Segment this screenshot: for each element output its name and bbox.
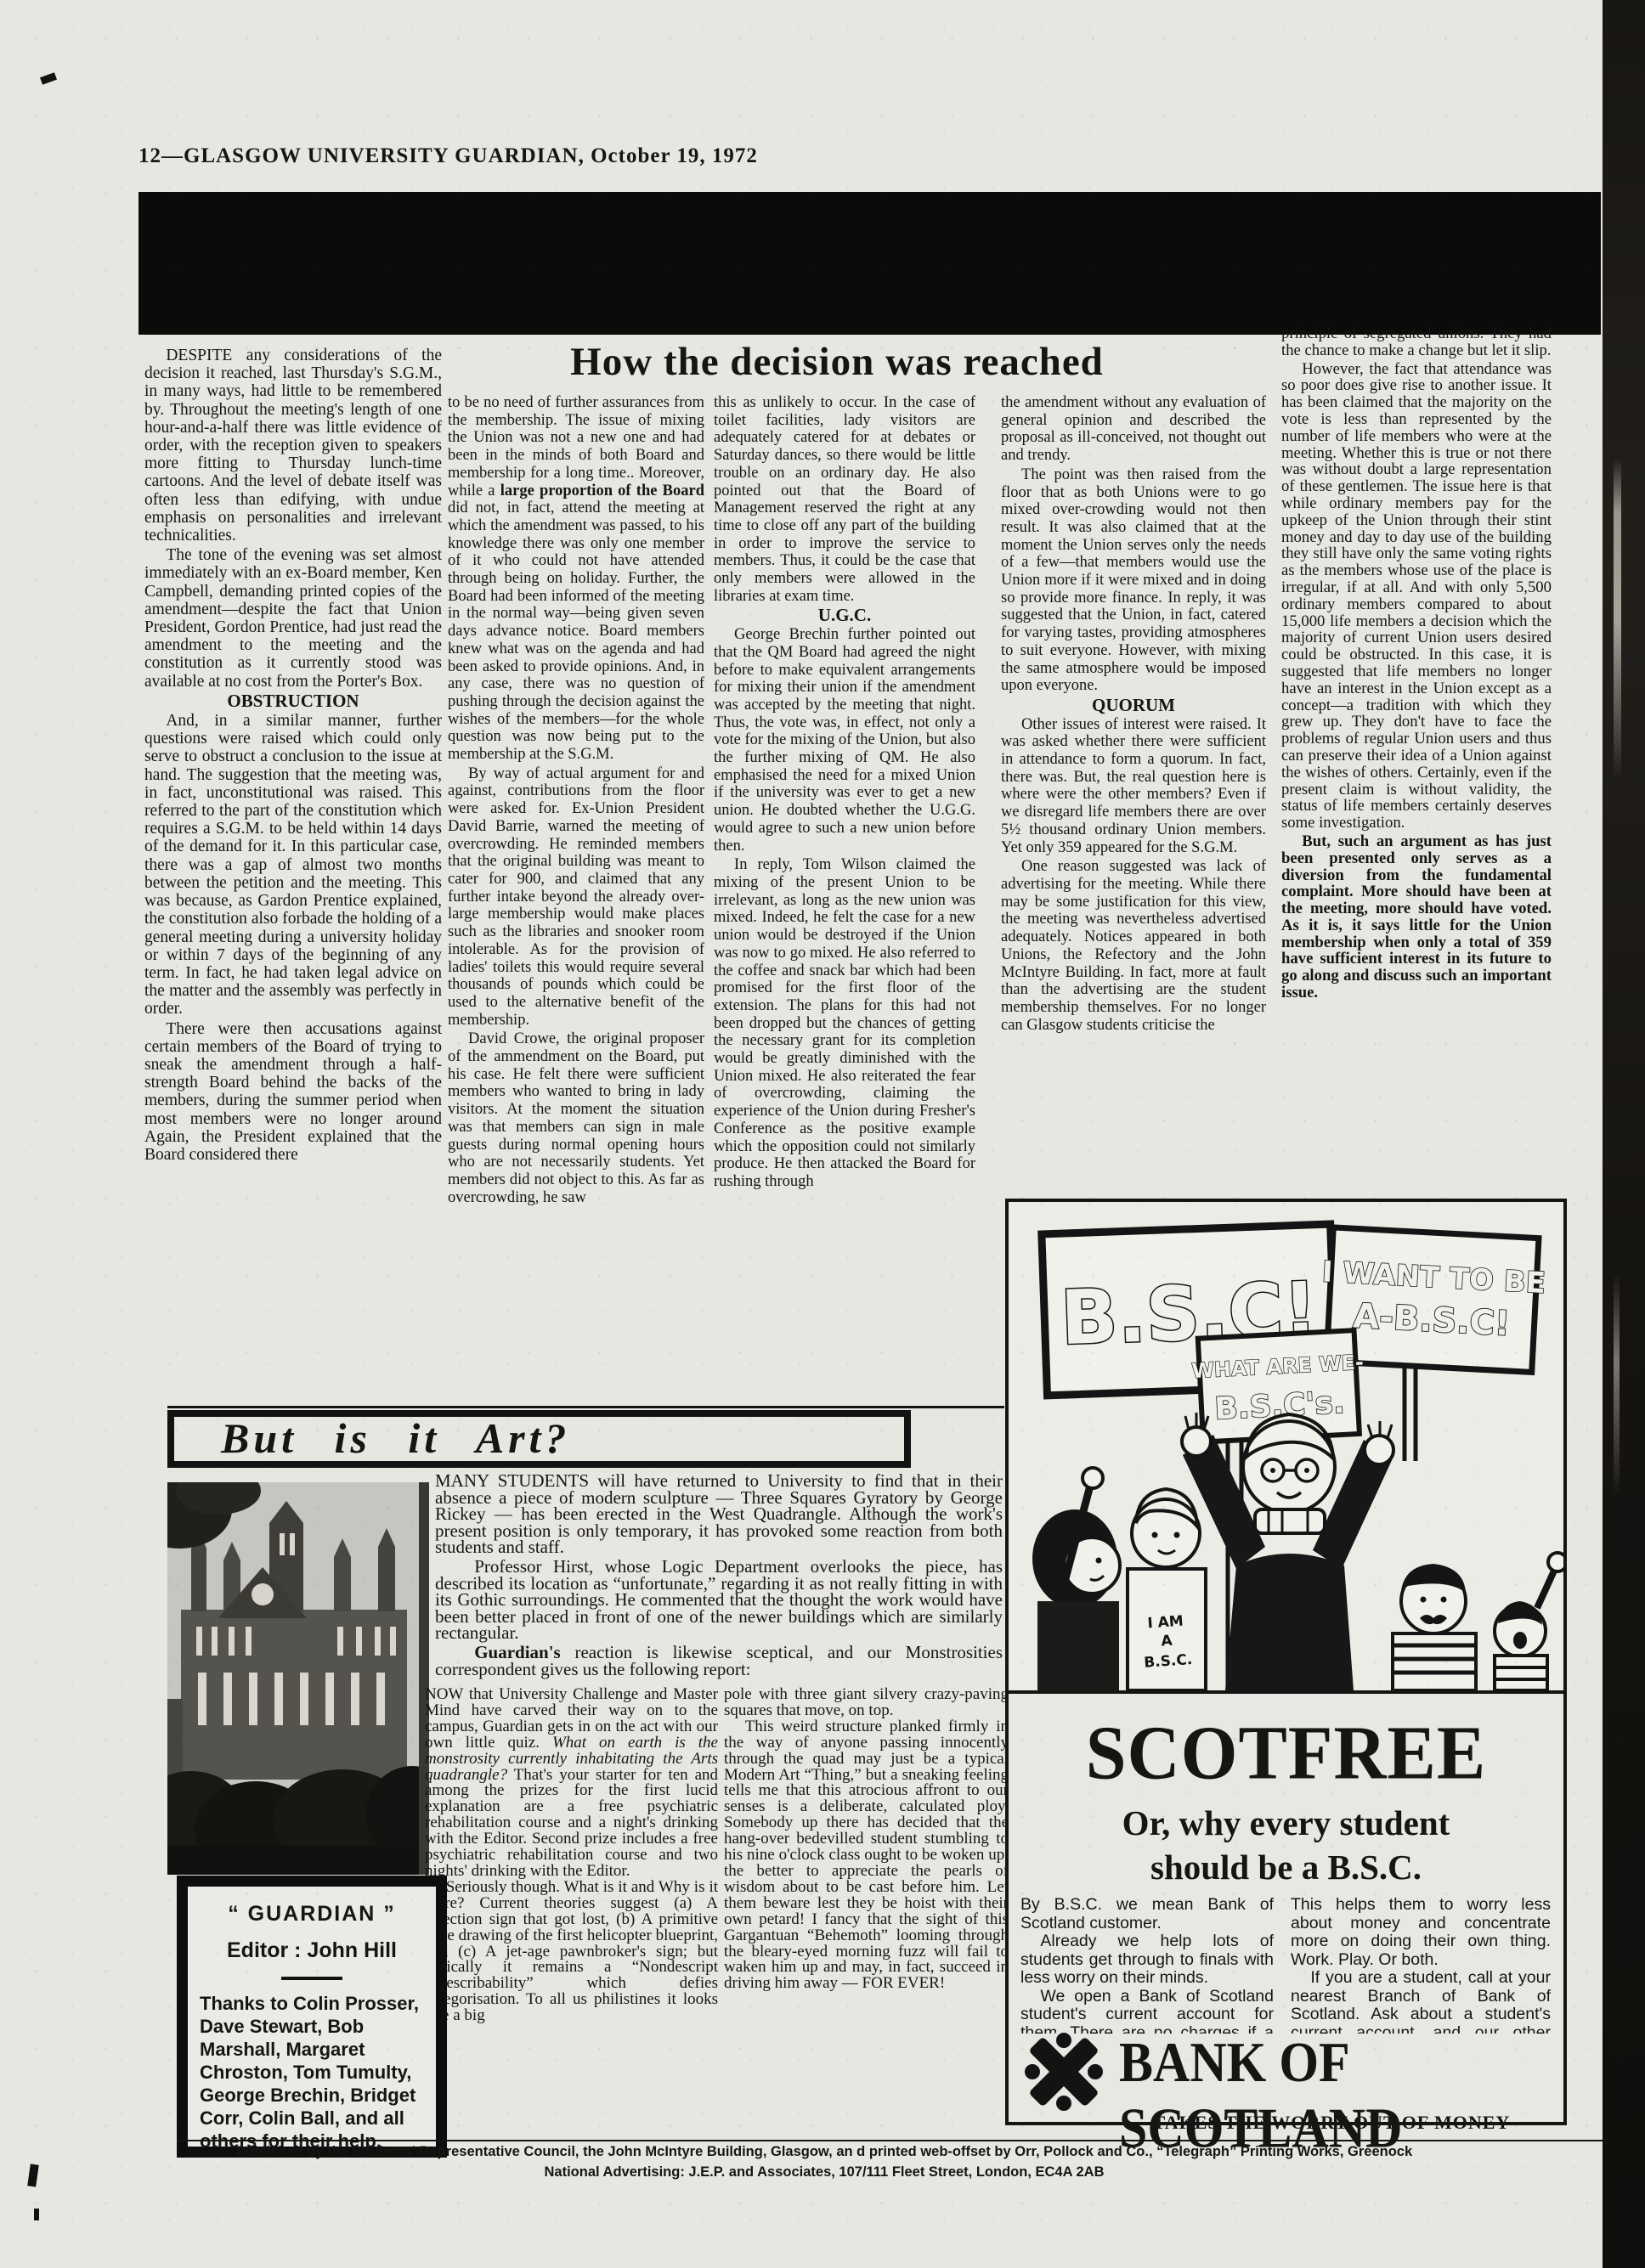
paragraph: George Brechin further pointed out that …: [714, 626, 975, 855]
imprint-line-1: Published by the Students' Representativ…: [212, 2144, 1436, 2160]
paragraph: pole with three giant silvery crazy-pavi…: [724, 1687, 1009, 1719]
paragraph: NOW that University Challenge and Master…: [425, 1687, 718, 1880]
bank-slogan: TAKES THE WORRY OUT OF MONEY: [1119, 2112, 1544, 2134]
paragraph: Other issues of interest were raised. It…: [1001, 716, 1266, 857]
bank-of-scotland-logo: [1024, 2032, 1104, 2112]
paragraph: the amendment without any evaluation of …: [1001, 394, 1266, 465]
divider: [281, 1977, 342, 1980]
paragraph: David Crowe, the original proposer of th…: [448, 1030, 704, 1206]
section-divider-rule: [167, 1406, 1004, 1408]
quiz-column-right: pole with three giant silvery crazy-pavi…: [724, 1687, 1009, 2137]
paragraph-bold: But, such an argument as has just been p…: [1281, 833, 1552, 1001]
art-section-title: But is it Art?: [221, 1414, 571, 1462]
paragraph: This helps them to worry less about mone…: [1291, 1896, 1551, 1969]
gothic-building-photo: [167, 1482, 429, 1875]
subhead-obstruction: OBSTRUCTION: [144, 692, 442, 710]
bank-logo-row: BANK OF SCOTLAND: [1024, 2032, 1551, 2113]
art-intro-text: MANY STUDENTS will have returned to Univ…: [435, 1473, 1003, 1685]
article-column-3: this as unlikely to occur. In the case o…: [714, 394, 975, 1407]
bold-phrase: large proportion of the Board: [500, 482, 704, 499]
bsc-cartoon-illustration: B.S.C! I WANT TO BE A-B.S.C! WHAT ARE WE…: [1009, 1202, 1563, 1690]
editor-credit: Editor : John Hill: [188, 1938, 436, 1963]
subhead-quorum: QUORUM: [1001, 697, 1266, 714]
newspaper-page: 12—GLASGOW UNIVERSITY GUARDIAN, October …: [0, 0, 1645, 2268]
paragraph: to be no need of further assurances from…: [448, 394, 704, 764]
article-headline: How the decision was reached: [463, 339, 1211, 385]
paragraph: We open a Bank of Scotland student's cur…: [1020, 1988, 1274, 2034]
scotfree-subtitle-1: Or, why every student: [1009, 1803, 1563, 1843]
footer-rule: [177, 2140, 1603, 2141]
bsc-cartoon: B.S.C! I WANT TO BE A-B.S.C! WHAT ARE WE…: [1009, 1202, 1563, 1694]
ad-body-left: By B.S.C. we mean Bank of Scotland custo…: [1020, 1896, 1274, 2034]
sweater-text: B.S.C.: [1144, 1651, 1193, 1672]
paragraph: And, in a similar manner, further questi…: [144, 712, 442, 1018]
bank-name: BANK OF SCOTLAND: [1119, 2030, 1551, 2162]
paragraph: The tone of the evening was set almost i…: [144, 546, 442, 691]
scan-edge-highlight: [1614, 459, 1621, 815]
paragraph: principle of segregated unions. They had…: [1281, 325, 1552, 359]
art-section-title-box: But is it Art?: [167, 1410, 911, 1468]
sweater-text: A: [1161, 1633, 1173, 1650]
paragraph: In reply, Tom Wilson claimed the mixing …: [714, 856, 975, 1190]
scan-edge-highlight: [1614, 1274, 1620, 1495]
paragraph: By B.S.C. we mean Bank of Scotland custo…: [1020, 1896, 1274, 1932]
paragraph: Already we help lots of students get thr…: [1020, 1932, 1274, 1988]
paragraph: MANY STUDENTS will have returned to Univ…: [435, 1473, 1003, 1556]
scan-edge-shadow: [1603, 0, 1645, 2268]
guardian-editor-box: “ GUARDIAN ” Editor : John Hill Thanks t…: [177, 1876, 447, 2158]
paragraph: One reason suggested was lack of adverti…: [1001, 858, 1266, 1034]
paragraph: Professor Hirst, whose Logic Department …: [435, 1559, 1003, 1642]
paragraph: DESPITE any considerations of the decisi…: [144, 347, 442, 544]
article-column-4: the amendment without any evaluation of …: [1001, 394, 1266, 1194]
placard-text: A-B.S.C!: [1352, 1296, 1511, 1344]
quiz-column-left: NOW that University Challenge and Master…: [425, 1687, 718, 2137]
paragraph: The point was then raised from the floor…: [1001, 466, 1266, 695]
paragraph: By way of actual argument for and agains…: [448, 765, 704, 1030]
paragraph: If you are a student, call at your neare…: [1291, 1969, 1551, 2034]
scotfree-ad: SCOTFREE Or, why every student should be…: [1009, 1694, 1563, 2118]
article-column-2: to be no need of further assurances from…: [448, 394, 704, 1407]
ink-speck: [27, 2164, 39, 2186]
masthead: 12—GLASGOW UNIVERSITY GUARDIAN, October …: [138, 144, 758, 168]
bank-advertisement: B.S.C! I WANT TO BE A-B.S.C! WHAT ARE WE…: [1005, 1199, 1567, 2125]
article-column-1: DESPITE any considerations of the decisi…: [144, 347, 442, 1405]
paragraph-text: did not, in fact, attend the meeting at …: [448, 499, 704, 763]
subhead-ugc: U.G.C.: [714, 606, 975, 624]
thanks-text: Thanks to Colin Prosser, Dave Stewart, B…: [188, 1992, 436, 2152]
ink-speck: [34, 2209, 39, 2220]
paragraph: However, the fact that attendance was so…: [1281, 361, 1552, 832]
building-photo-illustration: [167, 1482, 429, 1875]
scotfree-subtitle-2: should be a B.S.C.: [1009, 1847, 1563, 1887]
guardian-box-title: “ GUARDIAN ”: [188, 1902, 436, 1927]
sweater-text: I AM: [1147, 1613, 1184, 1633]
paragraph: Guardian's reaction is likewise sceptica…: [435, 1645, 1003, 1678]
ink-speck: [40, 72, 57, 85]
article-column-5: principle of segregated unions. They had…: [1281, 325, 1552, 1193]
paragraph: There were then accusations against cert…: [144, 1020, 442, 1165]
paragraph: Seriously though. What is it and Why is …: [425, 1880, 718, 2024]
paragraph: this as unlikely to occur. In the case o…: [714, 394, 975, 605]
imprint-line-2: National Advertising: J.E.P. and Associa…: [212, 2164, 1436, 2181]
ad-body-right: This helps them to worry less about mone…: [1291, 1896, 1551, 2034]
paragraph-text: That's your starter for ten and among th…: [425, 1766, 718, 1880]
redacted-headline-banner: [138, 192, 1601, 335]
scotfree-title: SCOTFREE: [1009, 1714, 1563, 1791]
paragraph: This weird structure planked firmly in t…: [724, 1719, 1009, 1992]
